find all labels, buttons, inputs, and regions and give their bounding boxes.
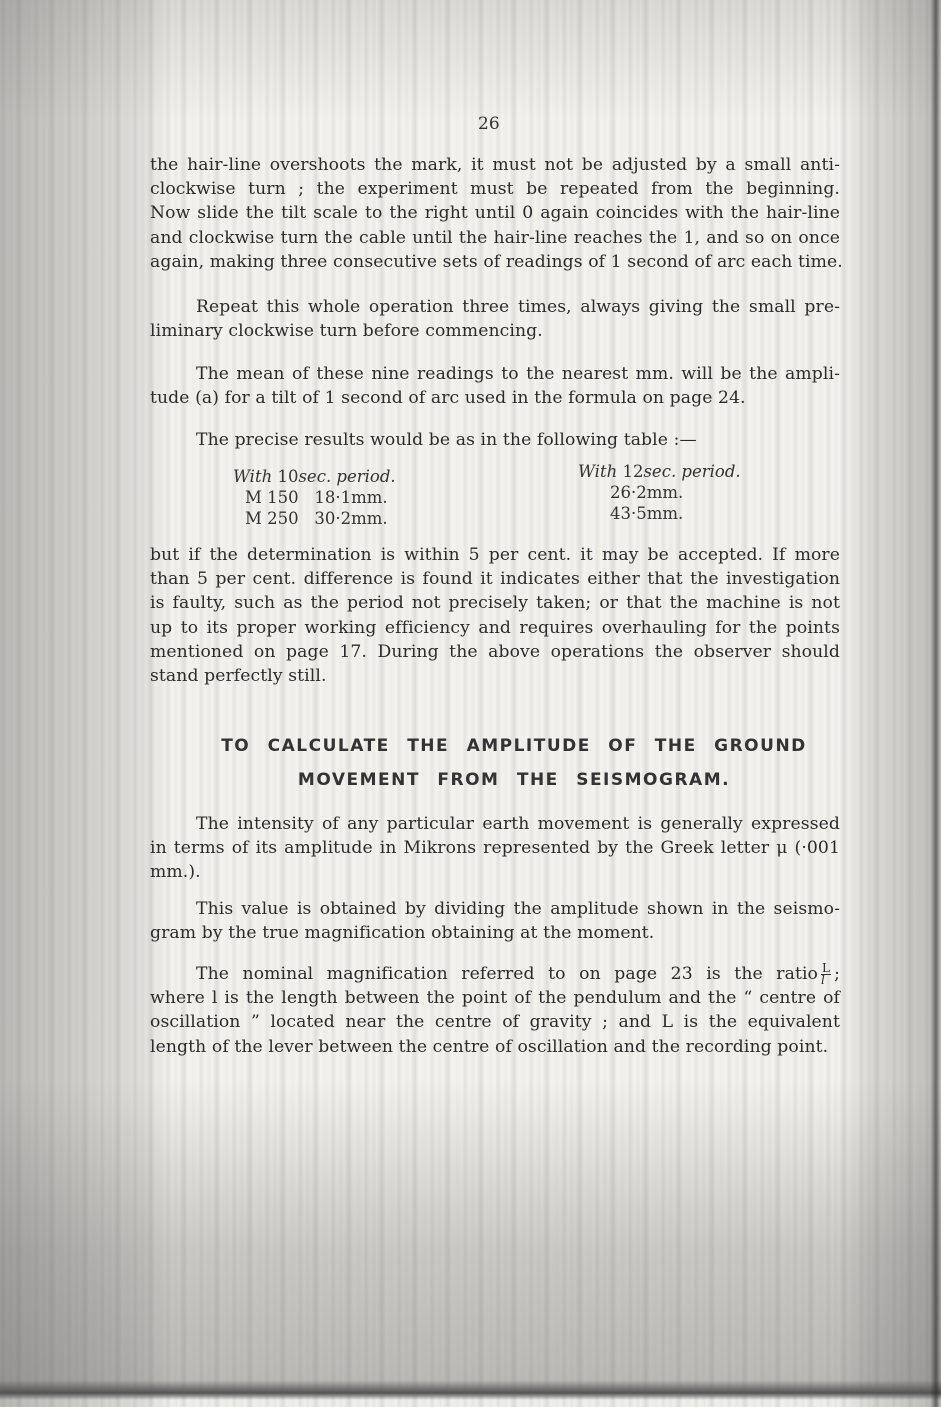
results-column-10sec: With 10sec. period. M 150 18·1mm. M 250 … — [233, 466, 396, 529]
text-line: is faulty, such as the period not precis… — [150, 591, 840, 615]
column-header: With 10sec. period. — [233, 466, 396, 487]
table-row: 26·2mm. — [578, 482, 741, 503]
text-line: This value is obtained by dividing the a… — [150, 897, 840, 921]
text-line: gram by the true magnification obtaining… — [150, 921, 840, 945]
text-line: again, making three consecutive sets of … — [150, 250, 840, 274]
paragraph-mean-readings: The mean of these nine readings to the n… — [150, 362, 840, 410]
column-header: With 12sec. period. — [578, 461, 741, 482]
text-line: tude (a) for a tilt of 1 second of arc u… — [150, 386, 840, 410]
text-line: The intensity of any particular earth mo… — [150, 812, 840, 836]
text-line: oscillation ” located near the centre of… — [150, 1010, 840, 1034]
section-heading-line-1: TO CALCULATE THE AMPLITUDE OF THE GROUND — [214, 736, 814, 756]
table-row: M 250 30·2mm. — [233, 508, 396, 529]
table-row: 43·5mm. — [578, 503, 741, 524]
text-line: length of the lever between the centre o… — [150, 1035, 840, 1059]
paragraph-repeat-operation: Repeat this whole operation three times,… — [150, 295, 840, 343]
text-line: liminary clockwise turn before commencin… — [150, 319, 840, 343]
fraction-denominator: l — [821, 975, 831, 986]
table-row: M 150 18·1mm. — [233, 487, 396, 508]
header-value: 10 — [277, 467, 298, 486]
text-line: stand perfectly still. — [150, 664, 840, 688]
text-fragment: The nominal magnification referred to on… — [196, 964, 818, 984]
text-line: Now slide the tilt scale to the right un… — [150, 201, 840, 225]
text-line: The mean of these nine readings to the n… — [150, 362, 840, 386]
paragraph-nominal-magnification: The nominal magnification referred to on… — [150, 962, 840, 1059]
text-line: the hair-line overshoots the mark, it mu… — [150, 153, 840, 177]
header-prefix: With — [233, 467, 272, 486]
header-suffix: sec. period. — [298, 467, 395, 486]
text-line: but if the determination is within 5 per… — [150, 543, 840, 567]
paragraph-table-intro: The precise results would be as in the f… — [150, 428, 840, 452]
text-line: and clockwise turn the cable until the h… — [150, 226, 840, 250]
paragraph-continuation: the hair-line overshoots the mark, it mu… — [150, 153, 840, 274]
header-value: 12 — [622, 462, 643, 481]
page-number: 26 — [478, 114, 500, 134]
text-line: where l is the length between the point … — [150, 986, 840, 1010]
paragraph-tolerance: but if the determination is within 5 per… — [150, 543, 840, 688]
scanned-page: 26 the hair-line overshoots the mark, it… — [0, 0, 941, 1407]
paragraph-value-obtained: This value is obtained by dividing the a… — [150, 897, 840, 945]
results-column-12sec: With 12sec. period. 26·2mm. 43·5mm. — [578, 461, 741, 524]
text-fragment: ; — [834, 964, 840, 984]
text-line: Repeat this whole operation three times,… — [150, 295, 840, 319]
header-suffix: sec. period. — [643, 462, 740, 481]
paragraph-intensity: The intensity of any particular earth mo… — [150, 812, 840, 885]
text-line: mm.). — [150, 860, 840, 884]
text-line: clockwise turn ; the experiment must be … — [150, 177, 840, 201]
text-line: in terms of its amplitude in Mikrons rep… — [150, 836, 840, 860]
text-line: The nominal magnification referred to on… — [150, 962, 840, 986]
text-line: up to its proper working efficiency and … — [150, 616, 840, 640]
text-line: than 5 per cent. difference is found it … — [150, 567, 840, 591]
section-heading-line-2: MOVEMENT FROM THE SEISMOGRAM. — [214, 770, 814, 790]
text-line: mentioned on page 17. During the above o… — [150, 640, 840, 664]
ratio-fraction: Ll — [821, 963, 831, 986]
text-line: The precise results would be as in the f… — [150, 428, 840, 452]
header-prefix: With — [578, 462, 617, 481]
